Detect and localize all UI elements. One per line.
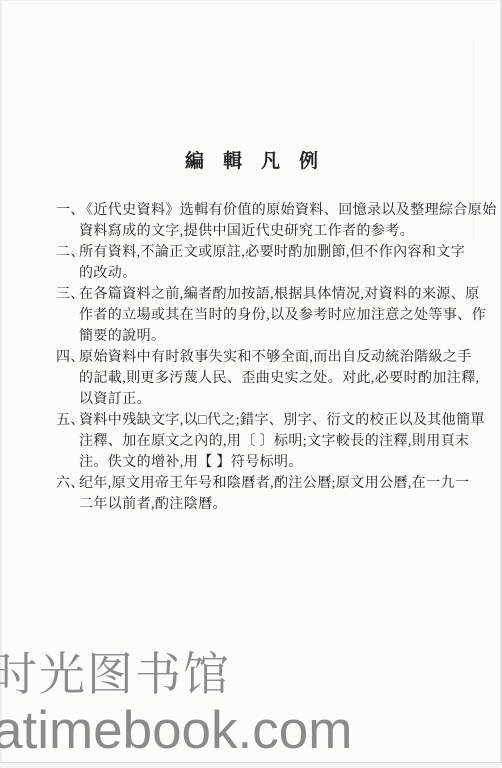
guideline-line: 三、在各篇資料之前,編者酌加按語,根据具体情况,对資料的来源、原 [79, 284, 469, 305]
guideline-item: 四、原始資料中有时敘事失实和不够全面,而出自反动統治階級之手的記載,則更多汚蔑人… [79, 347, 469, 410]
watermark-site-url: atimebook.com [0, 702, 352, 760]
guideline-line: 簡要的說明。 [79, 326, 469, 347]
guideline-line: 資料寫成的文字,提供中国近代史研究工作者的参考。 [79, 221, 469, 242]
scanned-book-page: 編輯凡例 一、《近代史資料》选輯有价值的原始資料、回憶录以及整理綜合原始資料寫成… [0, 0, 502, 768]
guideline-line: 一、《近代史資料》选輯有价值的原始資料、回憶录以及整理綜合原始 [79, 200, 469, 221]
guideline-line: 作者的立場或其在当时的身份,以及参考时应加注意之处等事、作 [79, 305, 469, 326]
guideline-item: 二、所有資料,不論正文或原註,必要时酌加删節,但不作內容和文字的改动。 [79, 242, 469, 284]
watermark-site-name: 时光图书馆 [0, 648, 231, 700]
item-number: 六、 [56, 473, 79, 494]
item-number: 五、 [56, 410, 79, 431]
item-number: 三、 [56, 284, 79, 305]
guideline-line: 的改动。 [79, 263, 469, 284]
guideline-item: 三、在各篇資料之前,編者酌加按語,根据具体情况,对資料的来源、原作者的立場或其在… [79, 284, 469, 347]
guideline-line: 二年以前者,酌注陰曆。 [79, 494, 469, 515]
guideline-line: 四、原始資料中有时敘事失实和不够全面,而出自反动統治階級之手 [79, 347, 469, 368]
guideline-item: 一、《近代史資料》选輯有价值的原始資料、回憶录以及整理綜合原始資料寫成的文字,提… [79, 200, 469, 242]
page-bottom-edge [0, 762, 502, 768]
guideline-line: 五、資料中残缺文字,以□代之;錯字、別字、衍文的校正以及其他簡單 [79, 410, 469, 431]
guidelines-list: 一、《近代史資料》选輯有价值的原始資料、回憶录以及整理綜合原始資料寫成的文字,提… [79, 200, 469, 515]
guideline-line: 注。佚文的增补,用【 】符号标明。 [79, 452, 469, 473]
guideline-item: 六、纪年,原文用帝王年号和陰曆者,酌注公曆;原文用公曆,在一九一二年以前者,酌注… [79, 473, 469, 515]
item-number: 二、 [56, 242, 79, 263]
item-number: 一、 [56, 200, 79, 221]
guideline-line: 六、纪年,原文用帝王年号和陰曆者,酌注公曆;原文用公曆,在一九一 [79, 473, 469, 494]
page-top-edge [0, 0, 502, 1]
guideline-line: 以資訂正。 [79, 389, 469, 410]
guideline-line: 二、所有資料,不論正文或原註,必要时酌加删節,但不作內容和文字 [79, 242, 469, 263]
guideline-item: 五、資料中残缺文字,以□代之;錯字、別字、衍文的校正以及其他簡單注釋、加在原文之… [79, 410, 469, 473]
guideline-line: 的記載,則更多汚蔑人民、歪曲史实之处。对此,必要时酌加注釋, [79, 368, 469, 389]
item-number: 四、 [56, 347, 79, 368]
guideline-line: 注釋、加在原文之內的,用〔 〕标明;文字較長的注釋,則用頁末 [79, 431, 469, 452]
page-title: 編輯凡例 [0, 148, 502, 176]
